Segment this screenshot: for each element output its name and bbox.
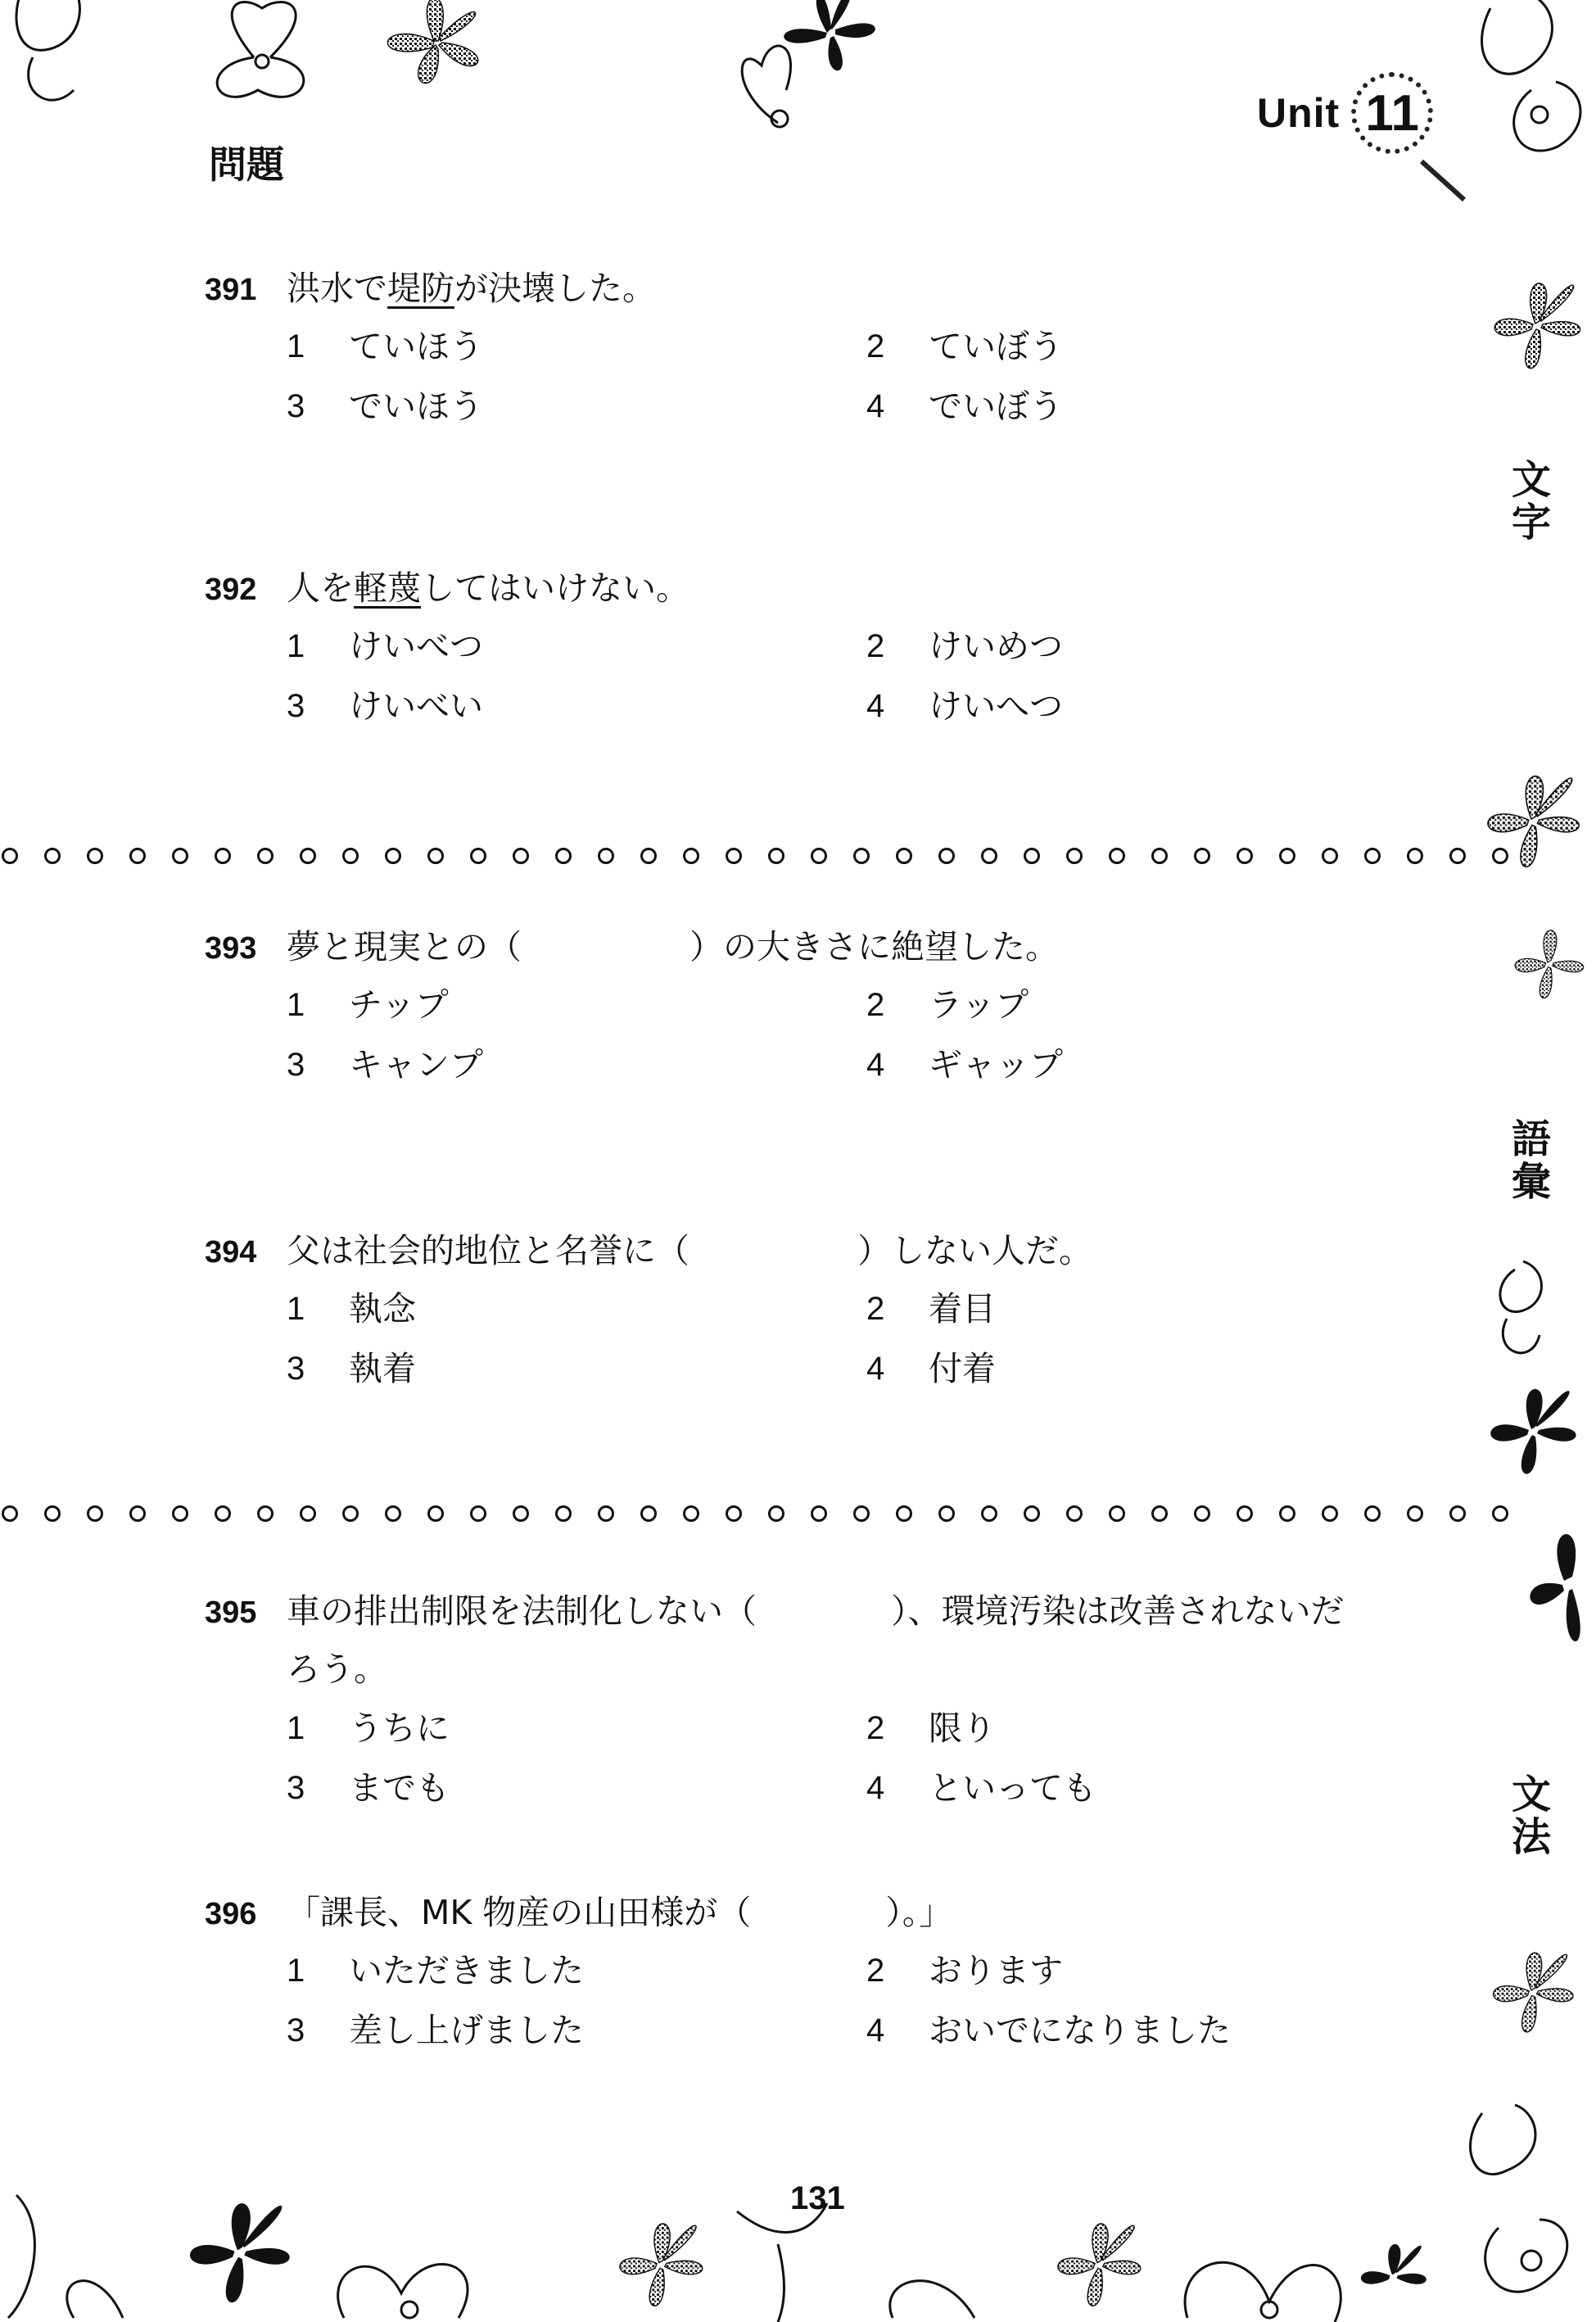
options-grid: 1けいべつ 2けいめつ 3けいべい 4けいへつ — [205, 617, 1433, 736]
option[interactable]: 4でいぼう — [866, 377, 1440, 437]
section-divider — [0, 1505, 1466, 1523]
side-tab-vocabulary: 語 彙 — [1511, 1118, 1552, 1203]
options-grid: 1ていほう 2ていぼう 3でいほう 4でいぼう — [205, 317, 1433, 437]
side-tab-characters: 文 字 — [1511, 459, 1552, 544]
question-text: 車の排出制限を法制化しない（ ）、環境汚染は改善されないだ — [287, 1582, 1345, 1640]
option[interactable]: 4おいでになりました — [866, 2001, 1440, 2061]
option[interactable]: 1けいべつ — [287, 617, 866, 677]
question-number: 391 — [205, 261, 287, 319]
flower-stipple-icon — [1474, 262, 1596, 385]
flower-outline-icon — [1163, 2187, 1368, 2322]
page-number: 131 — [790, 2180, 845, 2217]
question-text: 父は社会的地位と名誉に（ ）しない人だ。 — [287, 1222, 1092, 1279]
flower-outline-icon — [1466, 0, 1596, 229]
option[interactable]: 2ていぼう — [866, 317, 1440, 377]
question-number: 395 — [205, 1584, 287, 1641]
side-tab-grammar: 文 法 — [1511, 1773, 1552, 1858]
flower-stipple-icon — [1499, 901, 1596, 1024]
options-grid: 1いただきました 2おります 3差し上げました 4おいでになりました — [205, 1941, 1433, 2061]
option[interactable]: 2限り — [866, 1699, 1440, 1758]
flower-stipple-icon — [1466, 754, 1596, 885]
flower-solid-icon — [1515, 1499, 1596, 1671]
option[interactable]: 3までも — [287, 1758, 866, 1818]
option[interactable]: 3差し上げました — [287, 2001, 866, 2061]
option[interactable]: 4といっても — [866, 1758, 1440, 1818]
flower-outline-icon — [180, 0, 344, 123]
flower-outline-icon — [704, 16, 852, 131]
option[interactable]: 3でいほう — [287, 377, 866, 437]
unit-label: Unit — [1257, 89, 1340, 137]
options-grid: 1うちに 2限り 3までも 4といっても — [205, 1699, 1433, 1818]
option[interactable]: 1チップ — [287, 975, 866, 1035]
question-393: 393 夢と現実との（ ）の大きさに絶望した。 1チップ 2ラップ 3キャンプ … — [205, 918, 1433, 1095]
unit-number: 11 — [1365, 84, 1419, 143]
underlined-target: 軽蔑 — [354, 568, 421, 608]
option[interactable]: 4けいへつ — [866, 677, 1440, 736]
options-grid: 1執念 2着目 3執着 4付着 — [205, 1279, 1433, 1399]
option[interactable]: 2ラップ — [866, 975, 1440, 1035]
flower-solid-icon — [1343, 2228, 1441, 2322]
option[interactable]: 1ていほう — [287, 317, 866, 377]
question-text: 洪水で堤防が決壊した。 — [287, 260, 656, 317]
question-394: 394 父は社会的地位と名誉に（ ）しない人だ。 1執念 2着目 3執着 4付着 — [205, 1222, 1433, 1399]
option[interactable]: 2けいめつ — [866, 617, 1440, 677]
section-divider — [0, 848, 1466, 866]
option[interactable]: 3キャンプ — [287, 1035, 866, 1095]
option[interactable]: 1いただきました — [287, 1941, 866, 2001]
flower-outline-icon — [0, 0, 115, 115]
option[interactable]: 1うちに — [287, 1699, 866, 1758]
question-396: 396 「課長、MK 物産の山田様が（ ）。」 1いただきました 2おります 3… — [205, 1884, 1433, 2061]
flower-outline-icon — [1449, 2097, 1596, 2322]
option[interactable]: 4付着 — [866, 1339, 1440, 1399]
flower-outline-icon — [311, 2195, 557, 2322]
options-grid: 1チップ 2ラップ 3キャンプ 4ギャップ — [205, 975, 1433, 1095]
option[interactable]: 3執着 — [287, 1339, 866, 1399]
section-title: 問題 — [209, 135, 284, 189]
question-395: 395 車の排出制限を法制化しない（ ）、環境汚染は改善されないだ ろう。 1う… — [205, 1582, 1433, 1818]
question-392: 392 人を軽蔑してはいけない。 1けいべつ 2けいめつ 3けいべい 4けいへつ — [205, 559, 1433, 736]
option[interactable]: 2着目 — [866, 1279, 1440, 1339]
question-number: 396 — [205, 1885, 287, 1943]
flower-solid-icon — [1466, 1368, 1596, 1491]
underlined-target: 堤防 — [387, 269, 454, 308]
flower-solid-icon — [156, 2179, 319, 2322]
option[interactable]: 2おります — [866, 1941, 1440, 2001]
flower-stipple-icon — [1032, 2203, 1163, 2322]
flower-outline-icon — [1466, 1253, 1589, 1368]
question-text: 人を軽蔑してはいけない。 — [287, 559, 689, 617]
flower-stipple-icon — [360, 0, 508, 106]
flower-outline-icon — [0, 2179, 164, 2322]
unit-number-badge: 11 — [1351, 72, 1433, 154]
flower-outline-icon — [729, 2195, 999, 2322]
flower-stipple-icon — [590, 2203, 729, 2322]
option[interactable]: 4ギャップ — [866, 1035, 1440, 1095]
unit-header: Unit 11 — [1257, 72, 1433, 154]
question-text: 夢と現実との（ ）の大きさに絶望した。 — [287, 918, 1059, 975]
question-text-continuation: ろう。 — [205, 1640, 1433, 1699]
question-number: 394 — [205, 1224, 287, 1281]
option[interactable]: 3けいべい — [287, 677, 866, 736]
question-text: 「課長、MK 物産の山田様が（ ）。」 — [287, 1884, 952, 1941]
option[interactable]: 1執念 — [287, 1279, 866, 1339]
question-number: 392 — [205, 561, 287, 618]
question-number: 393 — [205, 920, 287, 977]
question-391: 391 洪水で堤防が決壊した。 1ていほう 2ていぼう 3でいほう 4でいぼう — [205, 260, 1433, 437]
flower-stipple-icon — [1466, 1933, 1596, 2048]
